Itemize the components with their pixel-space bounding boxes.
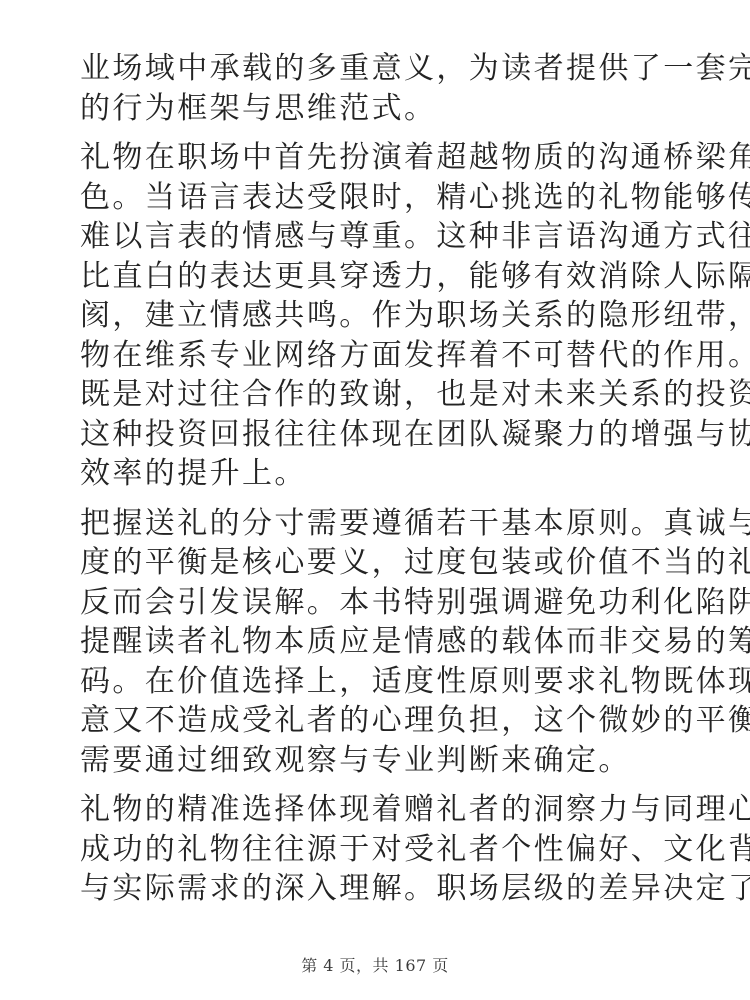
paragraph-2: 礼物在职场中首先扮演着超越物质的沟通桥梁角 色。当语言表达受限时，精心挑选的礼物… — [80, 138, 680, 494]
text-line: 色。当语言表达受限时，精心挑选的礼物能够传递 — [80, 178, 680, 218]
text-line: 与实际需求的深入理解。职场层级的差异决定了礼 — [80, 869, 680, 909]
text-line: 业场域中承载的多重意义，为读者提供了一套完整 — [80, 49, 680, 89]
text-line: 效率的提升上。 — [80, 454, 680, 494]
text-line: 度的平衡是核心要义，过度包装或价值不当的礼物 — [80, 543, 680, 583]
document-page: 业场域中承载的多重意义，为读者提供了一套完整 的行为框架与思维范式。 礼物在职场… — [0, 0, 750, 1000]
paragraph-4: 礼物的精准选择体现着赠礼者的洞察力与同理心。 成功的礼物往往源于对受礼者个性偏好… — [80, 790, 680, 909]
text-line: 阂，建立情感共鸣。作为职场关系的隐形纽带，礼 — [80, 296, 680, 336]
text-line: 意又不造成受礼者的心理负担，这个微妙的平衡点 — [80, 701, 680, 741]
paragraph-3: 把握送礼的分寸需要遵循若干基本原则。真诚与适 度的平衡是核心要义，过度包装或价值… — [80, 504, 680, 781]
paragraph-1: 业场域中承载的多重意义，为读者提供了一套完整 的行为框架与思维范式。 — [80, 49, 680, 128]
text-line: 难以言表的情感与尊重。这种非言语沟通方式往往 — [80, 217, 680, 257]
text-line: 反而会引发误解。本书特别强调避免功利化陷阱， — [80, 583, 680, 623]
document-body: 业场域中承载的多重意义，为读者提供了一套完整 的行为框架与思维范式。 礼物在职场… — [80, 49, 680, 919]
text-line: 提醒读者礼物本质应是情感的载体而非交易的筹 — [80, 622, 680, 662]
text-line: 码。在价值选择上，适度性原则要求礼物既体现心 — [80, 662, 680, 702]
text-line: 礼物的精准选择体现着赠礼者的洞察力与同理心。 — [80, 790, 680, 830]
text-line: 既是对过往合作的致谢，也是对未来关系的投资， — [80, 375, 680, 415]
text-line: 礼物在职场中首先扮演着超越物质的沟通桥梁角 — [80, 138, 680, 178]
text-line: 把握送礼的分寸需要遵循若干基本原则。真诚与适 — [80, 504, 680, 544]
text-line: 这种投资回报往往体现在团队凝聚力的增强与协作 — [80, 415, 680, 455]
text-line: 的行为框架与思维范式。 — [80, 89, 680, 129]
text-line: 成功的礼物往往源于对受礼者个性偏好、文化背景 — [80, 830, 680, 870]
text-line: 比直白的表达更具穿透力，能够有效消除人际隔 — [80, 257, 680, 297]
page-number-footer: 第 4 页，共 167 页 — [0, 953, 750, 976]
text-line: 需要通过细致观察与专业判断来确定。 — [80, 741, 680, 781]
text-line: 物在维系专业网络方面发挥着不可替代的作用。它 — [80, 336, 680, 376]
